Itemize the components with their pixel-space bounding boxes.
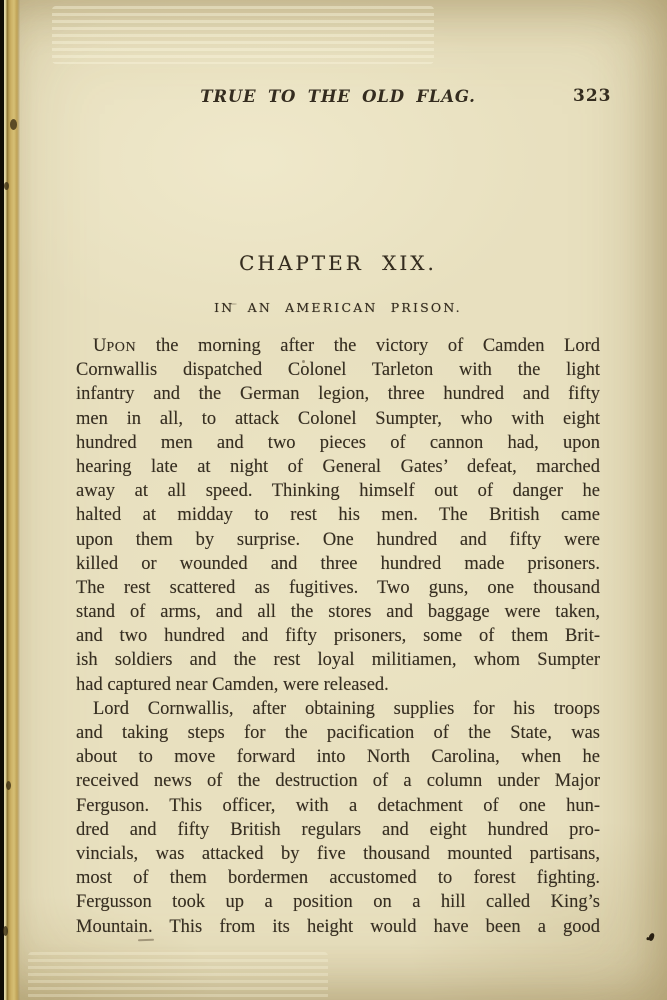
edge-blemish [6,781,11,790]
text-line: Mountain. This from its height would hav… [76,915,600,939]
text-line: hundred men and two pieces of cannon had… [76,431,600,455]
text-line: Lord Cornwallis, after obtaining supplie… [76,697,600,721]
text-line: halted at midday to rest his men. The Br… [76,503,600,527]
text-line: dred and fifty British regulars and eigh… [76,818,600,842]
text-line: Ferguson. This officer, with a detachmen… [76,794,600,818]
text-line: hearing late at night of General Gates’ … [76,455,600,479]
text-line: and two hundred and fifty prisoners, som… [76,624,600,648]
text-line: most of them bordermen accustomed to for… [76,866,600,890]
text-line: received news of the destruction of a co… [76,769,600,793]
text-line: and taking steps for the pacification of… [76,721,600,745]
edge-blemish [10,119,17,130]
text-line: Cornwallis dispatched Colonel Tarleton w… [76,358,600,382]
paper-speck [229,303,237,305]
page-number: 323 [573,86,625,106]
text-line: killed or wounded and three hundred made… [76,552,600,576]
text-line: vincials, was attacked by five thousand … [76,842,600,866]
text-line: ish soldiers and the rest loyal militiam… [76,648,600,672]
body-text: UPON the morning after the victory of Ca… [76,334,600,939]
paper-speck [302,360,305,363]
text-line: away at all speed. Thinking himself out … [76,479,600,503]
page-left-edge [0,0,20,1000]
running-header: TRUE TO THE OLD FLAG. [76,87,600,106]
text-line: UPON the morning after the victory of Ca… [76,334,600,358]
edge-blemish [3,926,8,936]
edge-blemish [4,182,9,190]
chapter-heading: CHAPTER XIX. [76,251,600,275]
text-line: stand of arms, and all the stores and ba… [76,600,600,624]
text-line: The rest scattered as fugitives. Two gun… [76,576,600,600]
text-line: infantry and the German legion, three hu… [76,382,600,406]
book-page-scan: TRUE TO THE OLD FLAG. 323 CHAPTER XIX. I… [0,0,667,1000]
scan-streaks-top [52,6,434,64]
stray-dash [138,939,154,942]
text-line: upon them by surprise. One hundred and f… [76,528,600,552]
text-line: Fergusson took up a position on a hill c… [76,890,600,914]
small-caps-lead-word: UPON [93,336,136,356]
text-line: had captured near Camden, were released. [76,673,600,697]
ink-blot [648,933,655,942]
chapter-subtitle: IN AN AMERICAN PRISON. [76,300,600,315]
text-line: about to move forward into North Carolin… [76,745,600,769]
scan-streaks-bottom [28,952,328,1000]
text-line: men in all, to attack Colonel Sumpter, w… [76,407,600,431]
